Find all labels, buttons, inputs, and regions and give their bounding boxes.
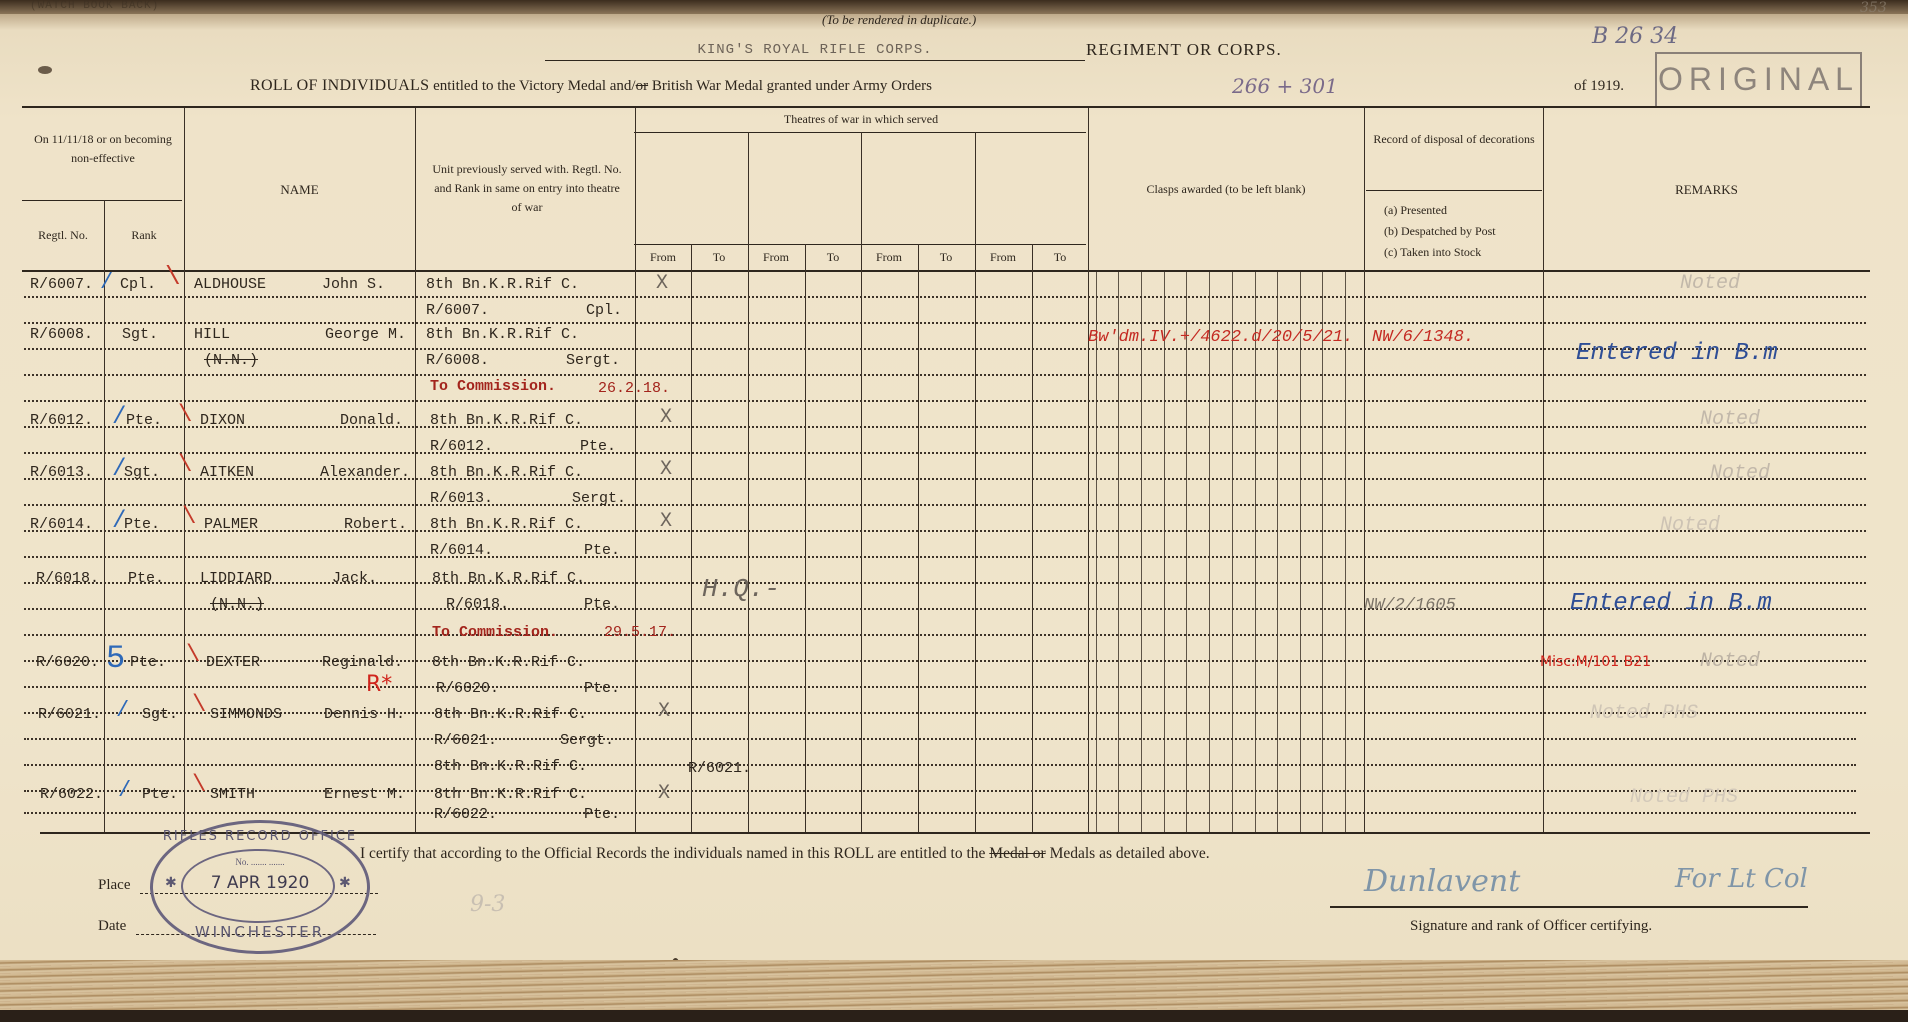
header-name: NAME xyxy=(184,180,415,199)
col-line xyxy=(748,132,749,832)
dotted-row-rule xyxy=(24,738,1856,740)
disposal-legend: (a) Presented (b) Despatched by Post (c)… xyxy=(1384,200,1496,263)
unit-rank: Pte. xyxy=(584,806,620,823)
roll-title: ROLL OF INDIVIDUALS entitled to the Vict… xyxy=(250,77,932,95)
corner-page-number: 353 xyxy=(1860,0,1887,16)
red-check-icon: \ xyxy=(178,402,192,429)
forename: Robert. xyxy=(344,516,407,533)
header-to: To xyxy=(805,248,861,267)
stamp-star-icon: ✱ xyxy=(165,875,177,892)
header-from: From xyxy=(975,248,1031,267)
red-check-icon: \ xyxy=(178,452,192,479)
disposal-b: (b) Despatched by Post xyxy=(1384,221,1496,242)
forename: Alexander. xyxy=(320,464,410,481)
regiment-label: REGIMENT OR CORPS. xyxy=(1086,40,1282,60)
col-line xyxy=(1032,244,1033,832)
clasps-note: Bw'dm.IV.+/4622.d/20/5/21. xyxy=(1088,328,1353,347)
regtl-no: R/6018. xyxy=(36,570,99,587)
rank: Sgt. xyxy=(124,464,160,481)
surname: DIXON xyxy=(200,412,245,429)
surname: ALDHOUSE xyxy=(194,276,266,293)
surname: PALMER xyxy=(204,516,258,533)
dotted-row-rule xyxy=(24,478,1866,480)
forename: Donald. xyxy=(340,412,403,429)
surname: AITKEN xyxy=(200,464,254,481)
red-check-icon: \ xyxy=(192,772,206,799)
unit-line-1: 8th Bn.K.R.Rif C. xyxy=(432,654,585,671)
regtl-no: R/6013. xyxy=(30,464,93,481)
surname: HILL xyxy=(194,326,230,343)
header-bottom-rule xyxy=(22,270,1870,272)
unit-line-2: R/6007. xyxy=(426,302,489,319)
forename: Dennis H. xyxy=(324,706,405,723)
unit-rank: Pte. xyxy=(584,680,620,697)
commission-date: 29.5.17. xyxy=(604,624,676,641)
unit-rank: Cpl. xyxy=(586,302,622,319)
army-orders-handwritten: 266 + 301 xyxy=(1232,74,1338,98)
header-rank: Rank xyxy=(104,226,184,245)
unit-rank: Pte. xyxy=(584,542,620,559)
clasp-col-line xyxy=(1096,272,1097,832)
commission-note: To Commission. xyxy=(430,378,556,395)
unit-line-2: R/6022. xyxy=(434,806,497,823)
header-from: From xyxy=(635,248,691,267)
theatre-mark: X xyxy=(658,782,670,805)
unit-line-1: 8th Bn.K.R.Rif C. xyxy=(430,516,583,533)
regtl-no: R/6022. xyxy=(40,786,103,803)
bottom-shadow xyxy=(0,1010,1908,1022)
header-record-disposal: Record of disposal of decorations xyxy=(1366,124,1542,154)
stamp-bottom-text: WINCHESTER xyxy=(153,923,367,941)
duplicate-note: (To be rendered in duplicate.) xyxy=(822,12,976,28)
forename: Ernest M. xyxy=(324,786,405,803)
dotted-row-rule xyxy=(24,504,1866,506)
header-clasps: Clasps awarded (to be left blank) xyxy=(1088,180,1364,199)
rank: Sgt. xyxy=(122,326,158,343)
faint-bleed-text: (WATCH BOOK BACK) xyxy=(30,0,159,12)
unit-line-2: R/6014. xyxy=(430,542,493,559)
theatre-mark: X xyxy=(660,406,672,429)
officer-signature: Dunlavent xyxy=(1364,864,1520,899)
dotted-row-rule xyxy=(24,634,1866,636)
dotted-row-rule xyxy=(24,530,1866,532)
clasp-col-line xyxy=(1345,272,1346,832)
theatres-divider xyxy=(634,132,1086,133)
regtl-no: R/6012. xyxy=(30,412,93,429)
header-to: To xyxy=(691,248,747,267)
name-note: (N.N.) xyxy=(204,352,258,369)
header-theatres: Theatres of war in which served xyxy=(635,110,1087,129)
binding-hole-icon xyxy=(38,66,52,74)
unit-line-3-number: R/6021. xyxy=(688,760,751,777)
unit-line-1: 8th Bn.K.R.Rif C. xyxy=(426,276,579,293)
unit-line-1: 8th Bn.K.R.Rif C. xyxy=(426,326,579,343)
officer-rank-handwritten: For Lt Col xyxy=(1675,864,1808,894)
remarks-faint: Noted xyxy=(1680,272,1740,295)
clasp-col-line xyxy=(1322,272,1323,832)
col-line xyxy=(918,244,919,832)
col-line xyxy=(1543,108,1544,832)
col-line xyxy=(691,244,692,832)
dotted-row-rule xyxy=(24,790,1856,792)
certification-text: I certify that according to the Official… xyxy=(360,845,1210,863)
clasp-col-line xyxy=(1186,272,1187,832)
remarks-faint: Noted PHS xyxy=(1590,702,1698,725)
col-line xyxy=(861,132,862,832)
certify-struck: Medal or xyxy=(989,845,1045,862)
remarks-faint: Noted xyxy=(1710,462,1770,485)
header-unit-previously: Unit previously served with. Regtl. No. … xyxy=(432,160,622,217)
header-from: From xyxy=(861,248,917,267)
theatre-mark: X xyxy=(656,272,668,295)
col-line xyxy=(1364,108,1365,832)
clasp-col-line xyxy=(1209,272,1210,832)
red-check-icon: \ xyxy=(186,642,200,669)
roll-title-part-b: British War Medal granted under Army Ord… xyxy=(652,78,932,94)
col-line xyxy=(975,132,976,832)
remarks-red-note: Misc:M/101 B21 xyxy=(1540,654,1651,670)
dotted-row-rule xyxy=(24,296,1866,298)
rank: Pte. xyxy=(124,516,160,533)
unit-rank: Sergt. xyxy=(560,732,614,749)
unit-rank: Pte. xyxy=(580,438,616,455)
col-line xyxy=(805,244,806,832)
theatre-mark: X xyxy=(658,700,670,723)
header-to: To xyxy=(918,248,974,267)
date-label: Date xyxy=(98,918,126,935)
dotted-row-rule xyxy=(24,322,1866,324)
surname: DEXTER xyxy=(206,654,260,671)
check-number: 5 xyxy=(106,640,125,677)
remarks-faint: Noted PHS xyxy=(1630,786,1738,809)
unit-line-1: 8th Bn.K.R.Rif C. xyxy=(430,412,583,429)
theatre-mark: X xyxy=(660,510,672,533)
stamp-top-text: RIFLES RECORD OFFICE xyxy=(153,829,367,844)
forename: John S. xyxy=(322,276,385,293)
unit-rank: Pte. xyxy=(584,596,620,613)
record-office-stamp: RIFLES RECORD OFFICE No. ....... .......… xyxy=(150,820,370,954)
rank: Sgt. xyxy=(142,706,178,723)
forename: Jack. xyxy=(332,570,377,587)
clasp-col-line xyxy=(1277,272,1278,832)
stamp-number: No. ....... ....... xyxy=(153,857,367,867)
regiment-name: KING'S ROYAL RIFLE CORPS. xyxy=(545,42,1085,61)
blue-check-icon: / xyxy=(112,404,126,431)
remarks-faint: Noted xyxy=(1700,408,1760,431)
disposal-c: (c) Taken into Stock xyxy=(1384,242,1496,263)
commission-note: To Commission. xyxy=(432,624,558,641)
unit-line-2: R/6021. xyxy=(434,732,497,749)
unit-rank: Sergt. xyxy=(566,352,620,369)
certify-part-a: I certify that according to the Official… xyxy=(360,845,985,862)
unit-line-2: R/6020. xyxy=(436,680,499,697)
rank: Pte. xyxy=(130,654,166,671)
surname: SMITH xyxy=(210,786,255,803)
header-to: To xyxy=(1032,248,1088,267)
remarks: Entered in B.m xyxy=(1570,590,1772,617)
unit-line-3: 8th Bn.K.R.Rif C. xyxy=(434,758,587,775)
name-mark: R* xyxy=(366,672,392,697)
red-check-icon: \ xyxy=(165,262,181,292)
non-effective-divider xyxy=(22,200,182,201)
unit-line-2: R/6008. xyxy=(426,352,489,369)
remarks: Entered in B.m xyxy=(1576,340,1778,367)
clasp-col-line xyxy=(1300,272,1301,832)
header-from: From xyxy=(748,248,804,267)
unit-line-1: 8th Bn.K.R.Rif C. xyxy=(430,464,583,481)
unit-line-1: 8th Bn.K.R.Rif C. xyxy=(434,786,587,803)
col-line xyxy=(635,108,636,832)
red-check-icon: \ xyxy=(192,692,206,719)
from-to-divider xyxy=(634,244,1086,245)
rank: Cpl. xyxy=(120,276,156,293)
surname: LIDDIARD xyxy=(200,570,272,587)
dotted-row-rule xyxy=(24,582,1866,584)
red-check-icon: \ xyxy=(182,504,196,531)
rank: Pte. xyxy=(128,570,164,587)
table-top-rule xyxy=(22,106,1870,108)
clasp-col-line xyxy=(1232,272,1233,832)
header-remarks: REMARKS xyxy=(1543,180,1870,199)
commission-date: 26.2.18. xyxy=(598,380,670,397)
stamp-star-icon: ✱ xyxy=(339,875,351,892)
remarks-faint: Noted xyxy=(1700,650,1760,673)
stamp-date: 7 APR 1920 xyxy=(153,873,367,893)
unit-line-1: 8th Bn.K.R.Rif C. xyxy=(434,706,587,723)
signature-line xyxy=(1330,906,1808,908)
dotted-row-rule xyxy=(24,374,1866,376)
disposal-a: (a) Presented xyxy=(1384,200,1496,221)
rank: Pte. xyxy=(126,412,162,429)
original-stamp: ORIGINAL xyxy=(1655,52,1862,108)
dotted-row-rule xyxy=(24,400,1866,402)
header-regtl-no: Regtl. No. xyxy=(22,226,104,245)
roll-title-struck: or xyxy=(636,78,649,94)
theatre-mark: X xyxy=(660,458,672,481)
disposal-divider xyxy=(1366,190,1542,191)
dotted-row-rule xyxy=(24,426,1866,428)
blue-check-icon: / xyxy=(116,698,129,723)
regtl-no: R/6007. xyxy=(30,276,93,293)
dotted-row-rule xyxy=(24,556,1866,558)
roll-title-part-a: entitled to the Victory Medal and/ xyxy=(433,78,636,94)
col-line xyxy=(1088,108,1089,832)
certify-part-b: Medals as detailed above. xyxy=(1050,845,1210,862)
clasp-col-line xyxy=(1164,272,1165,832)
place-label: Place xyxy=(98,877,130,894)
unit-line-2: R/6012. xyxy=(430,438,493,455)
forename: Reginald. xyxy=(322,654,403,671)
remarks-faint: Noted xyxy=(1660,514,1720,537)
header-non-effective: On 11/11/18 or on becoming non-effective xyxy=(22,130,184,168)
regtl-no: R/6021. xyxy=(38,706,101,723)
unit-line-2: R/6018. xyxy=(446,596,509,613)
theatre-note: H.Q.- xyxy=(702,574,780,604)
forename: George M. xyxy=(325,326,406,343)
dotted-row-rule xyxy=(24,764,1856,766)
roll-document-page: (WATCH BOOK BACK) 353 (To be rendered in… xyxy=(0,0,1908,975)
regtl-no: R/6008. xyxy=(30,326,93,343)
unit-line-1: 8th Bn.K.R.Rif C. xyxy=(432,570,585,587)
roll-title-caps: ROLL OF INDIVIDUALS xyxy=(250,77,429,94)
reference-number: B 26 34 xyxy=(1592,24,1678,49)
name-note: (N.N.) xyxy=(210,596,264,613)
dotted-row-rule xyxy=(24,686,1866,688)
blue-check-icon: / xyxy=(100,270,113,295)
clasp-col-line xyxy=(1141,272,1142,832)
pencil-note: 9-3 xyxy=(470,892,505,917)
clasp-col-line xyxy=(1118,272,1119,832)
unit-rank: Sergt. xyxy=(572,490,626,507)
regtl-no: R/6020. xyxy=(36,654,99,671)
dotted-row-rule xyxy=(24,452,1866,454)
disposal-note: NW/2/1605 xyxy=(1364,596,1456,615)
regtl-no: R/6014. xyxy=(30,516,93,533)
clasp-col-line xyxy=(1255,272,1256,832)
year-label: of 1919. xyxy=(1574,78,1624,95)
col-line xyxy=(415,108,416,832)
signature-label: Signature and rank of Officer certifying… xyxy=(1410,918,1652,935)
dotted-row-rule xyxy=(24,812,1856,814)
unit-line-2: R/6013. xyxy=(430,490,493,507)
rank: Pte. xyxy=(142,786,178,803)
disposal-note: NW/6/1348. xyxy=(1372,328,1474,347)
blue-check-icon: / xyxy=(118,778,131,803)
surname: SIMMONDS xyxy=(210,706,282,723)
